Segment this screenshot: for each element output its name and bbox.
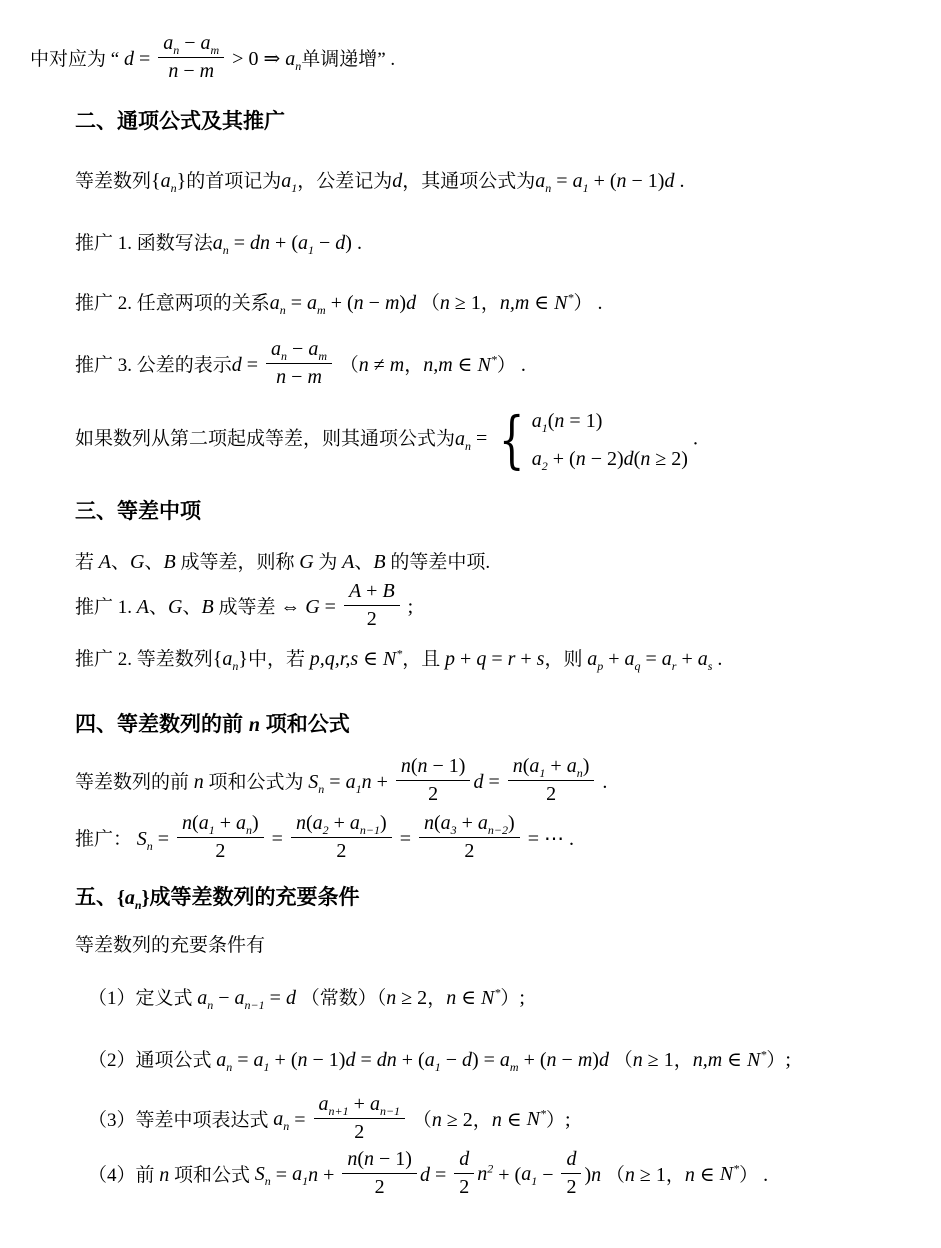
text-run: （ [416,293,440,314]
text-run: ， [473,1109,492,1130]
math-token: ≥ 2 [442,1108,473,1130]
math-token: ; [519,987,525,1009]
math-token: = [242,354,263,376]
text-run: ， [481,293,500,314]
math-token: n2 [477,1163,493,1185]
text-run: （常数）（ [296,988,386,1009]
math-token: am [201,32,220,54]
text-run: 、 [354,552,373,573]
math-token: = [355,1049,376,1071]
math-token: n [492,1108,502,1130]
math-token: ) [508,812,515,834]
cases-rows: a1(n = 1)a2 + (n − 2)d(n ≥ 2) [532,407,688,473]
text-run: 推广 3. 公差的表示 [75,355,232,376]
math-token: 2 [546,783,556,805]
math-token: n [401,755,411,777]
math-token: p [445,648,455,670]
math-token: ∈ [453,354,478,376]
math-token: N* [527,1108,546,1130]
document-page: 中对应为 “ d = an − amn − m > 0 ⇒ an单调递增” . … [0,0,941,1248]
math-token: n [276,366,286,388]
math-token: n [159,1163,169,1185]
math-token: an [236,812,252,834]
math-token: + ( [493,1163,521,1185]
math-token: A [349,580,361,602]
text-run: ， [666,1164,685,1185]
fraction-denominator: 2 [344,606,400,632]
math-token: n [362,771,372,793]
text-run: 、 [111,552,130,573]
math-token: ( [357,1148,364,1170]
math-token: an [271,338,287,360]
math-fraction: n(a1 + an)2 [508,754,595,807]
math-token: ≥ 1 [643,1049,674,1071]
math-token: . [758,1163,768,1185]
math-token: m [200,60,214,82]
text-run: ） [546,1109,565,1130]
text-run: 中，若 [248,649,310,670]
math-token: + ( [270,232,298,254]
text-run: ，则 [544,649,587,670]
fraction-denominator: 2 [291,838,392,864]
math-token: = [153,828,174,850]
math-token: 2 [566,1176,576,1198]
math-token: d [420,1163,430,1185]
math-token: + ( [548,448,576,470]
math-token: = [134,48,155,70]
math-token: . [597,771,607,793]
text-run: （4）前 [88,1164,159,1185]
math-token: = [641,648,662,670]
math-token: = [271,1163,292,1185]
math-token: ( [306,812,313,834]
math-token: aq [625,648,641,670]
math-token: G [305,596,319,618]
intro-formula-line: 中对应为 “ d = an − amn − m > 0 ⇒ an单调递增” . [30,34,923,87]
conditions-intro-line: 等差数列的充要条件有 [75,933,923,960]
math-token: n,m [500,292,529,314]
math-token: = [320,596,341,618]
fraction-denominator: n − m [266,364,332,390]
text-run: 项和公式 [260,713,350,736]
math-token: + [215,812,236,834]
math-cases: {a1(n = 1)a2 + (n − 2)d(n ≥ 2) [492,407,688,473]
text-run: 如果数列从第二项起成等差，则其通项公式为 [75,429,455,450]
text-run: 为 [314,552,343,573]
math-token: + ( [397,1049,425,1071]
math-token: dn [250,232,270,254]
math-token: d [459,1148,469,1170]
math-token: = [232,1049,253,1071]
text-run: ，且 [402,649,445,670]
math-token: − [537,1163,558,1185]
math-token: m [578,1049,592,1071]
math-token: a1 [532,410,548,432]
text-run: 推广 1. 函数写法 [75,233,213,254]
math-token: + [329,812,350,834]
text-run: （ [335,355,359,376]
text-run: 等差数列的充要条件有 [75,935,265,956]
math-token: n [513,755,523,777]
math-token: a2 [313,812,329,834]
math-fraction: n(n − 1)2 [342,1147,417,1200]
math-token: n [633,1049,643,1071]
math-token: d [473,771,483,793]
piecewise-formula-line: 如果数列从第二项起成等差，则其通项公式为an = {a1(n = 1)a2 + … [75,407,923,473]
math-token: = [486,648,507,670]
text-run: 、 [149,597,168,618]
math-token: n [298,1049,308,1071]
math-token: n [640,448,650,470]
math-token: am [308,338,327,360]
math-token: an+1 [319,1093,349,1115]
text-run: 中对应为 “ [30,49,124,70]
math-token: − 1) [627,170,665,192]
math-fraction: n(a1 + an)2 [177,811,264,864]
math-token: an [535,170,551,192]
math-token: B [382,580,394,602]
math-token: = [229,232,250,254]
math-token: A [137,596,149,618]
math-token: 2 [375,1176,385,1198]
text-run: （ [609,1050,633,1071]
text-run: ，其通项公式为 [402,171,535,192]
fraction-numerator: d [561,1147,581,1174]
math-token: G [130,551,144,573]
math-token: 2 [336,840,346,862]
math-token: + ( [519,1049,547,1071]
math-token: ; [565,1108,571,1130]
math-token: + ( [589,170,617,192]
math-token: n [249,714,260,736]
section-heading-general-formula: 二、通项公式及其推广 [75,107,923,136]
math-token: ; [785,1049,791,1071]
math-token: a1 [254,1049,270,1071]
arithmetic-mean-definition-line: 若 A、G、B 成等差，则称 G 为 A、B 的等差中项. [75,548,923,577]
math-token: n [625,1163,635,1185]
math-token: n [685,1163,695,1185]
text-run: 推广 2. 任意两项的关系 [75,293,270,314]
fraction-numerator: n(a2 + an−1) [291,811,392,838]
text-run: （2）通项公式 [88,1050,216,1071]
text-run: 推广 2. 等差数列 [75,649,213,670]
text-run: 成等差数列的充要条件 [149,886,359,909]
text-run: 的首项记为 [186,171,281,192]
text-run: 等差数列 [75,171,151,192]
text-run: ） [497,355,516,376]
sum-formula-line: 等差数列的前 n 项和公式为 Sn = a1n + n(n − 1)2d = n… [75,757,923,810]
math-token: ≥ 1 [635,1163,666,1185]
math-token: − [179,32,200,54]
text-run: （ [601,1164,625,1185]
math-token: n [308,1163,318,1185]
math-token: = [430,1163,451,1185]
math-token: d [392,170,402,192]
section-heading-arithmetic-mean: 三、等差中项 [75,497,923,526]
fraction-denominator: 2 [177,838,264,864]
math-token: an [163,32,179,54]
math-token: { [117,887,125,909]
fraction-numerator: n(a1 + an) [177,811,264,838]
fraction-numerator: n(a1 + an) [508,754,595,781]
math-token: a1 [573,170,589,192]
text-run: 成等差 [214,597,281,618]
math-token: an [213,232,229,254]
math-token: an−1 [370,1093,400,1115]
math-fraction: n(n − 1)2 [396,754,471,807]
math-token: ; [403,596,414,618]
math-token: ap [587,648,603,670]
math-token: − 2) [586,448,624,470]
math-token: } [238,648,248,670]
math-token: an [567,755,583,777]
math-token: ( [411,755,418,777]
math-token: ) . [345,232,362,254]
text-run: 二、通项公式及其推广 [75,110,285,133]
text-run: 若 [75,552,99,573]
math-token: + ( [270,1049,298,1071]
text-run: （ [408,1109,432,1130]
extension-2-two-terms-line: 推广 2. 任意两项的关系an = am + (n − m)d （n ≥ 1，n… [75,289,923,318]
math-token: d [124,48,134,70]
fraction-denominator: 2 [508,781,595,807]
math-token: N* [720,1163,739,1185]
fraction-numerator: n(a3 + an−2) [419,811,520,838]
section-heading-necessary-sufficient: 五、{an}成等差数列的充要条件 [75,883,923,912]
math-token: = ⋯ . [523,828,574,850]
text-run: 、 [144,552,163,573]
math-token: − 1) [308,1049,346,1071]
math-token: n [296,812,306,834]
fraction-denominator: n − m [158,58,224,84]
math-token: = [551,170,572,192]
math-token: d [406,292,416,314]
math-token: a1 [298,232,314,254]
math-token: q [476,648,486,670]
mean-extension-1-line: 推广 1. A、G、B 成等差 ⇔ G = A + B2 ; [75,582,923,635]
math-token: − [286,366,307,388]
math-token: = [289,1108,310,1130]
fraction-denominator: 2 [419,838,520,864]
cases-row: a1(n = 1) [532,407,688,436]
math-token: + [676,648,697,670]
math-token: ) [592,1049,599,1071]
math-token: ∈ [695,1163,720,1185]
math-token: ≠ [369,354,390,376]
text-run: ） [739,1164,758,1185]
math-token: 2 [215,840,225,862]
math-token: n [446,987,456,1009]
cases-row: a2 + (n − 2)d(n ≥ 2) [532,445,688,474]
math-token: d [664,170,674,192]
math-token: d [599,1049,609,1071]
math-token: a1 [529,755,545,777]
math-token: n [194,771,204,793]
text-run: ， [404,355,423,376]
math-token: am [307,292,326,314]
math-token: d [624,448,634,470]
math-token: m [307,366,321,388]
math-token: = [471,428,492,450]
text-run: （3）等差中项表达式 [88,1109,273,1130]
math-token: ) [252,812,259,834]
math-fraction: n(a3 + an−2)2 [419,811,520,864]
condition-4-sum-formula-line: （4）前 n 项和公式 Sn = a1n + n(n − 1)2d = d2n2… [88,1150,923,1203]
text-run: 五、 [75,886,117,909]
math-fraction: d2 [454,1147,474,1200]
math-token: + [457,812,478,834]
math-token: n [432,1108,442,1130]
fraction-numerator: d [454,1147,474,1174]
math-token: + [455,648,476,670]
math-token: } [177,170,187,192]
math-token: an−1 [235,987,265,1009]
math-token: . [674,170,684,192]
extension-3-common-difference-line: 推广 3. 公差的表示d = an − amn − m （n ≠ m，n,m ∈… [75,340,923,393]
math-token: = [286,292,307,314]
math-token: dn [377,1049,397,1071]
math-token: d [566,1148,576,1170]
math-token: n [418,755,428,777]
math-token: ( [434,812,441,834]
math-token: m [390,354,404,376]
extension-1-function-form-line: 推广 1. 函数写法an = dn + (a1 − d) . [75,229,923,258]
math-token: d [286,987,296,1009]
math-token: = [265,987,286,1009]
text-run: 项和公式为 [204,772,309,793]
math-token: ) [380,812,387,834]
fraction-numerator: n(n − 1) [396,754,471,781]
math-token: d [335,232,345,254]
math-token: + [361,580,382,602]
math-token: n [364,1148,374,1170]
math-token: 2 [464,840,474,862]
math-token: an [222,648,238,670]
math-token: d [345,1049,355,1071]
math-token: n [354,292,364,314]
math-token: − [287,338,308,360]
math-token: n,m [693,1049,722,1071]
sum-extension-line: 推广： Sn = n(a1 + an)2 = n(a2 + an−1)2 = n… [75,814,923,867]
text-run: 推广 1. [75,597,137,618]
math-token: n [182,812,192,834]
math-fraction: n(a2 + an−1)2 [291,811,392,864]
math-token: a1 [292,1163,308,1185]
math-fraction: d2 [561,1147,581,1200]
text-run: 成等差，则称 [176,552,300,573]
math-token: = [395,828,416,850]
math-token: n [554,410,564,432]
math-token: { [151,170,161,192]
text-run: （1）定义式 [88,988,197,1009]
fraction-numerator: an − am [266,337,332,364]
math-token: N* [477,354,496,376]
math-token: + [515,648,536,670]
math-token: − 1) [428,755,466,777]
text-run: 、 [182,597,201,618]
math-token: N* [554,292,573,314]
math-token: m [385,292,399,314]
math-token: a3 [441,812,457,834]
math-token: an [270,292,286,314]
fraction-denominator: 2 [396,781,471,807]
math-token: n,m [423,354,452,376]
fraction-numerator: an+1 + an−1 [314,1092,406,1119]
math-token: Sn [308,771,324,793]
math-token: n [617,170,627,192]
math-token: − [178,60,199,82]
math-token: 2 [367,608,377,630]
math-token: G [168,596,182,618]
text-run: 四、等差数列的前 [75,713,249,736]
section-heading-sum-formula: 四、等差数列的前 n 项和公式 [75,710,923,739]
math-token: ∈ [722,1049,747,1071]
math-token: − [314,232,335,254]
math-token: n [347,1148,357,1170]
math-token: = 1) [564,410,602,432]
text-run: ， [427,988,446,1009]
text-run: ） [500,988,519,1009]
math-token: . [688,428,698,450]
math-token: an [161,170,177,192]
math-token: − [213,987,234,1009]
math-token: . [516,354,526,376]
math-fraction: an − amn − m [266,337,332,390]
text-run: ，公差记为 [297,171,392,192]
condition-1-definition-line: （1）定义式 an − an−1 = d （常数）（n ≥ 2，n ∈ N*）; [88,984,923,1013]
math-token: = [483,771,504,793]
condition-2-general-term-line: （2）通项公式 an = a1 + (n − 1)d = dn + (a1 − … [88,1046,923,1075]
text-run: 三、等差中项 [75,500,201,523]
math-token: N* [383,648,402,670]
math-token: ( [192,812,199,834]
math-token: d [462,1049,472,1071]
math-token: d [232,354,242,376]
math-token: = [324,771,345,793]
math-token: p,q,r,s [310,648,358,670]
math-token: ) [583,755,590,777]
math-token: an [285,48,301,70]
math-token: + [545,755,566,777]
math-token: am [500,1049,519,1071]
fraction-numerator: n(n − 1) [342,1147,417,1174]
math-fraction: an − amn − m [158,31,224,84]
math-token: ≥ 1 [450,292,481,314]
math-token: A [342,551,354,573]
math-token: n [440,292,450,314]
math-token: ∈ [529,292,554,314]
math-token: ( [523,755,530,777]
fraction-numerator: A + B [344,579,400,606]
text-run: 项和公式 [169,1164,255,1185]
math-token: Sn [137,828,153,850]
math-token: + [603,648,624,670]
condition-3-mean-expression-line: （3）等差中项表达式 an = an+1 + an−12 （n ≥ 2，n ∈ … [88,1095,923,1148]
math-token: a2 [532,448,548,470]
math-token: ) = [472,1049,500,1071]
general-formula-line: 等差数列{an}的首项记为a1，公差记为d，其通项公式为an = a1 + (n… [75,167,923,196]
math-token: ar [662,648,677,670]
math-token: 2 [354,1121,364,1143]
math-token: as [698,648,713,670]
math-token: − [364,292,385,314]
math-token: a1 [346,771,362,793]
math-token: n [386,987,396,1009]
math-token: a1 [199,812,215,834]
text-run: ， [674,1050,693,1071]
math-token: ≥ 2 [396,987,427,1009]
math-token: + [372,771,393,793]
